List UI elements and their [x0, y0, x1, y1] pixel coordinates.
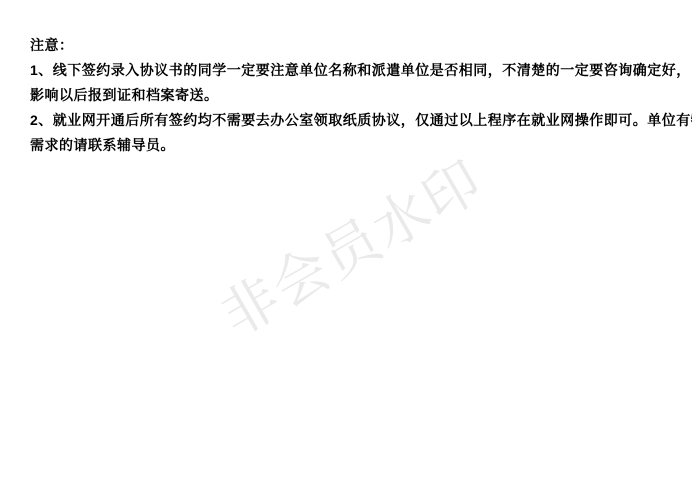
notice-line-3: 2、就业网开通后所有签约均不需要去办公室领取纸质协议，仅通过以上程序在就业网操作… — [30, 108, 670, 133]
watermark-text: 非会员水印 — [204, 138, 495, 352]
notice-line-1: 1、线下签约录入协议书的同学一定要注意单位名称和派遣单位是否相同，不清楚的一定要… — [30, 58, 670, 83]
notice-block: 注意： 1、线下签约录入协议书的同学一定要注意单位名称和派遣单位是否相同，不清楚… — [30, 33, 670, 158]
notice-line-4: 需求的请联系辅导员。 — [30, 133, 670, 158]
notice-line-2: 影响以后报到证和档案寄送。 — [30, 83, 670, 108]
document-page: 非会员水印 注意： 1、线下签约录入协议书的同学一定要注意单位名称和派遣单位是否… — [0, 0, 692, 489]
notice-title: 注意： — [30, 33, 670, 58]
